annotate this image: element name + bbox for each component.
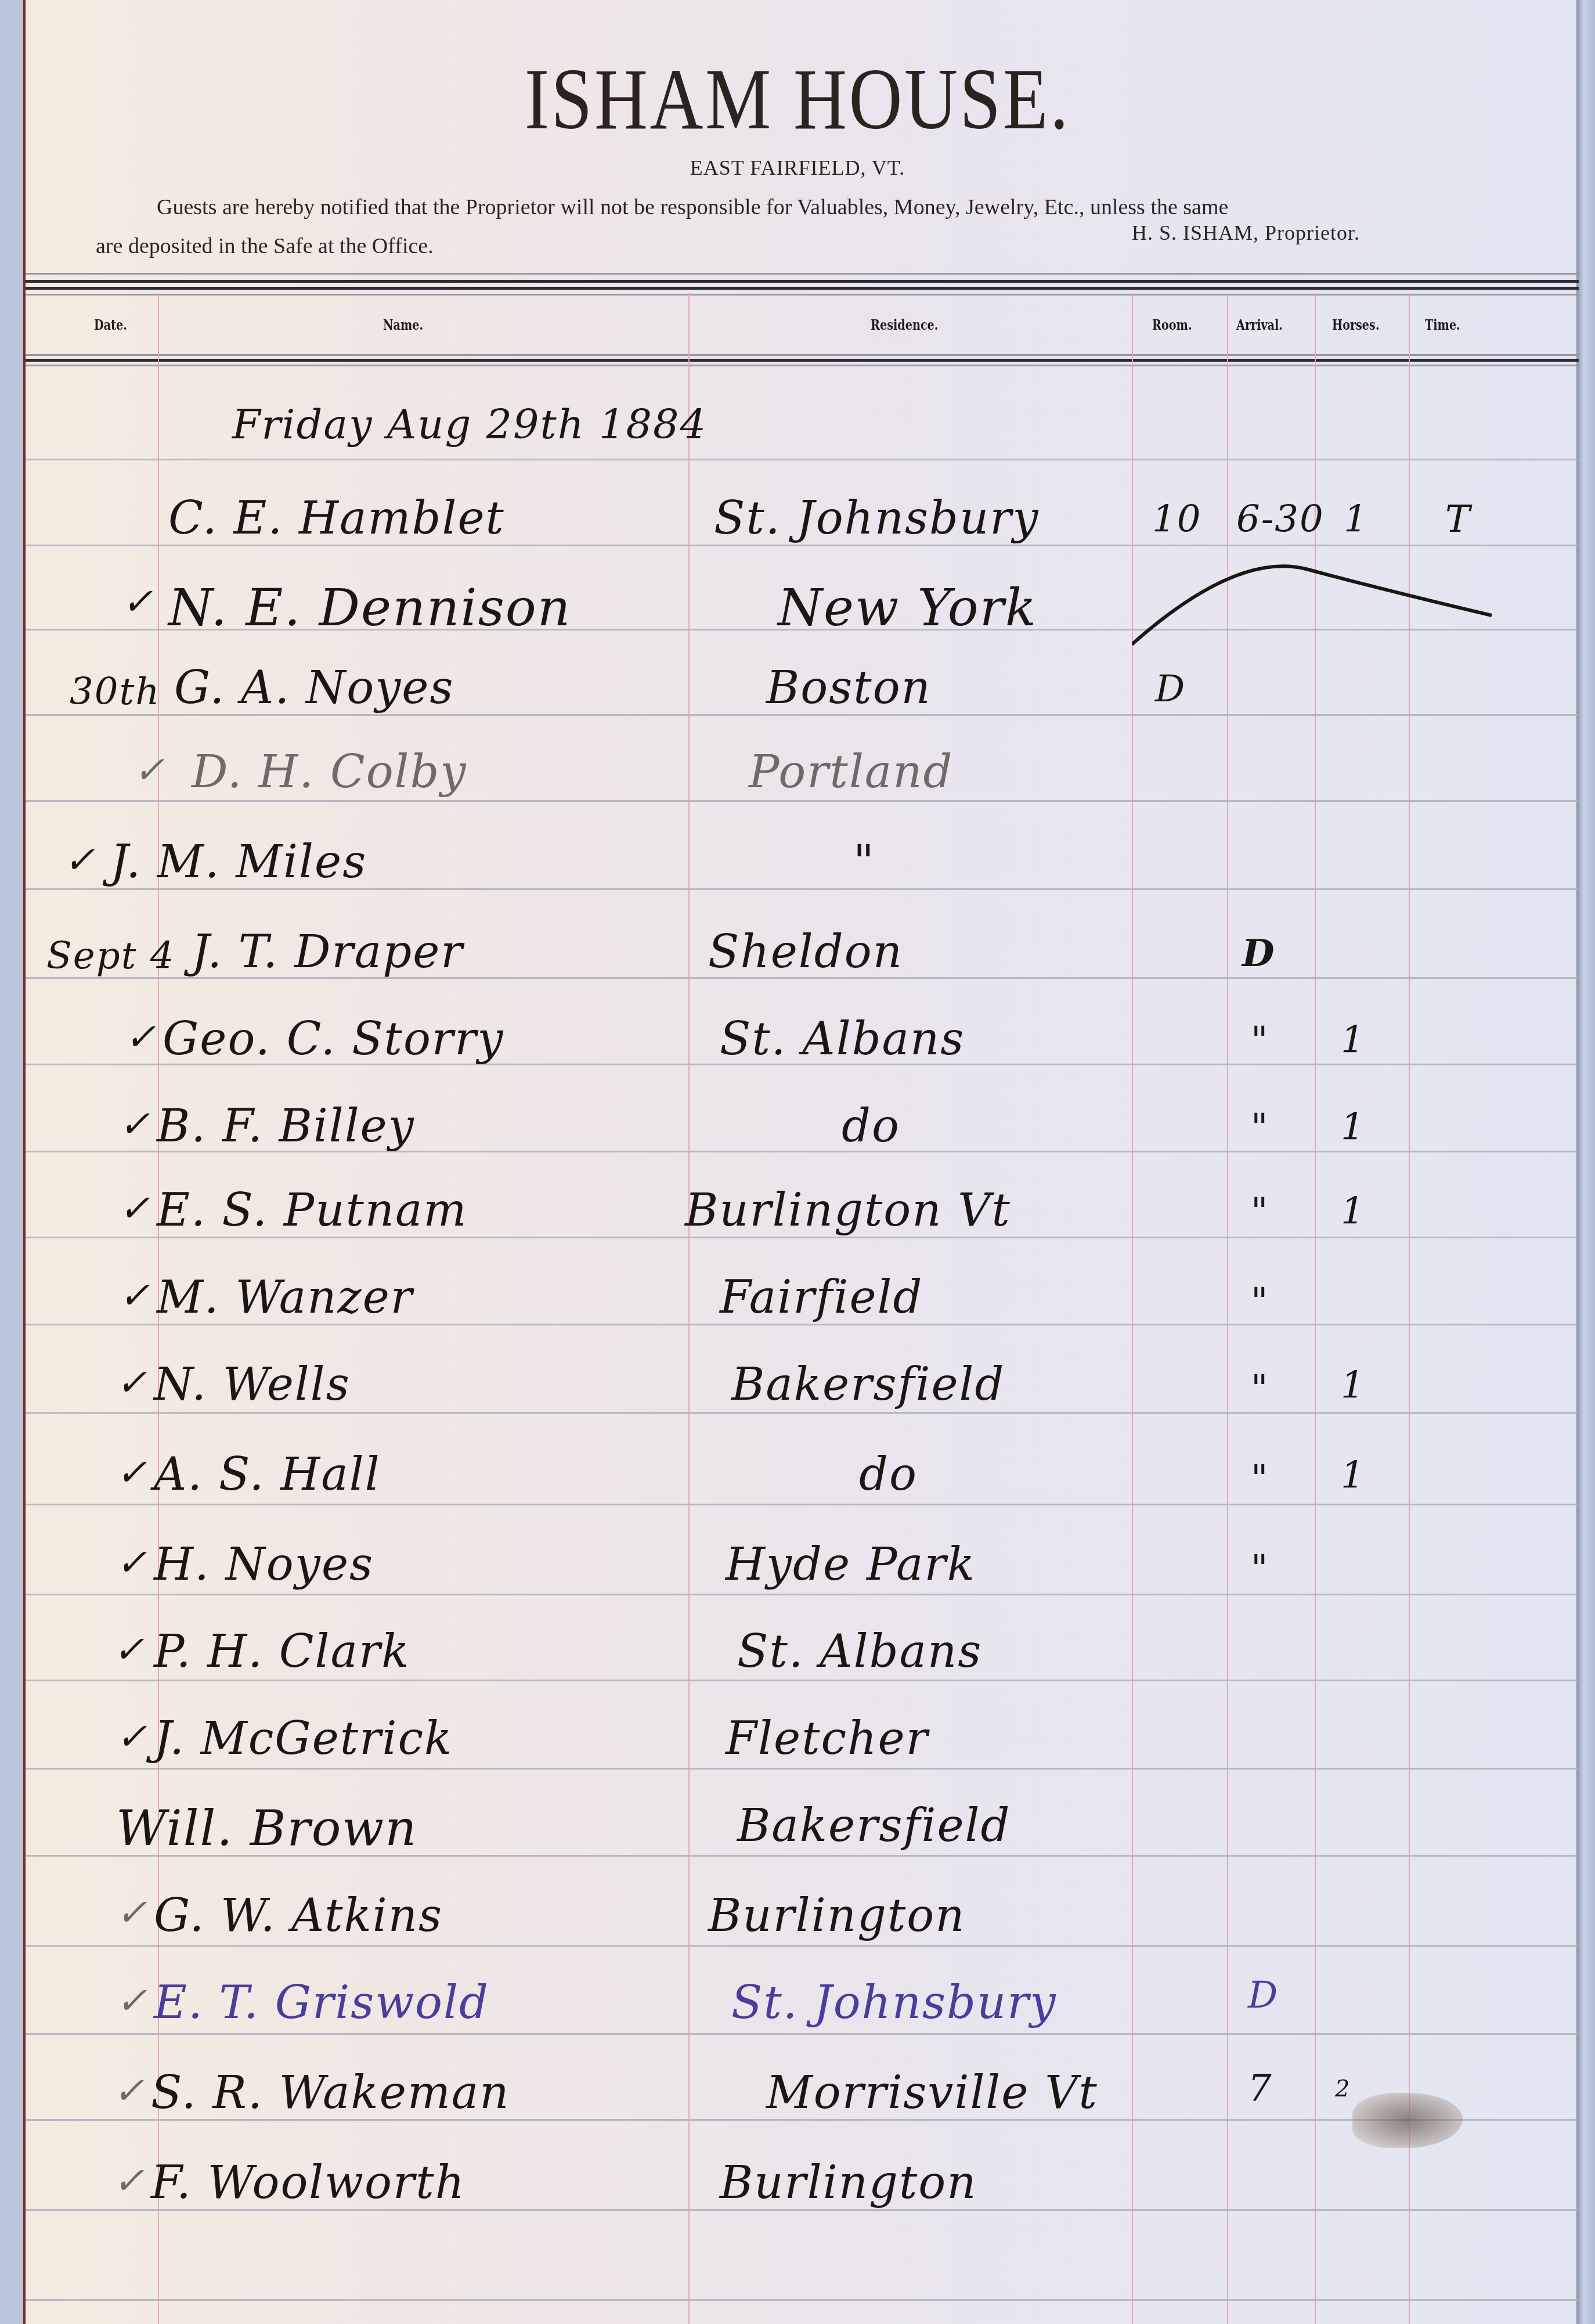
- check-mark: ✓: [64, 839, 96, 882]
- entry-residence: St. Albans: [737, 1626, 982, 1678]
- check-mark: ✓: [116, 1451, 149, 1494]
- entry-name: N. E. Dennison: [168, 578, 571, 637]
- check-mark: ✓: [116, 1541, 149, 1584]
- entry-arrival: 7: [1248, 2067, 1273, 2110]
- entry-horses: 1: [1344, 498, 1369, 541]
- proprietor-signature: H. S. ISHAM, Proprietor.: [1132, 221, 1360, 245]
- column-header-rule: [26, 365, 1579, 366]
- entry-residence: Fletcher: [726, 1713, 929, 1765]
- column-header-room: Room.: [1152, 316, 1192, 333]
- entry-name: E. T. Griswold: [154, 1977, 489, 2029]
- ruled-line: [26, 1324, 1579, 1325]
- check-mark: ✓: [113, 2070, 146, 2113]
- column-header-date: Date.: [94, 316, 127, 333]
- entry-residence: Hyde Park: [726, 1538, 976, 1591]
- date-heading: Friday Aug 29th 1884: [232, 401, 707, 448]
- register-page: [23, 0, 1579, 2324]
- entry-date: Sept 4: [46, 935, 175, 978]
- entry-residence: Burlington: [708, 1890, 965, 1942]
- entry-residence: do: [842, 1100, 900, 1152]
- entry-name: F. Woolworth: [151, 2157, 465, 2209]
- entry-horses: 1: [1341, 1106, 1366, 1149]
- header-rule: [26, 287, 1579, 290]
- column-header-horses: Horses.: [1332, 316, 1380, 333]
- entry-arrival: D: [1242, 932, 1276, 975]
- ruled-line: [26, 2209, 1579, 2211]
- entry-name: N. Wells: [154, 1359, 351, 1411]
- entry-residence: Portland: [749, 746, 954, 798]
- check-mark: ✓: [116, 1980, 149, 2023]
- entry-arrival: 6-30: [1236, 498, 1325, 541]
- column-header-arrival: Arrival.: [1236, 316, 1283, 333]
- check-mark: ✓: [119, 1274, 151, 1317]
- ruled-line: [26, 459, 1579, 460]
- ruled-line: [26, 800, 1579, 802]
- ruled-line: [26, 1680, 1579, 1681]
- header-rule: [26, 273, 1579, 275]
- column-header-rule: [26, 354, 1579, 356]
- entry-residence: St. Johnsbury: [714, 492, 1040, 545]
- notice-line-2: are deposited in the Safe at the Office.: [96, 233, 434, 259]
- page-binding-edge: [1576, 0, 1595, 2324]
- entry-name: M. Wanzer: [157, 1271, 413, 1324]
- hotel-title: ISHAM HOUSE.: [120, 49, 1475, 149]
- entry-room: 10: [1152, 498, 1201, 541]
- ruled-line: [26, 545, 1579, 546]
- entry-residence: St. Albans: [720, 1013, 965, 1065]
- ruled-line: [26, 2119, 1579, 2121]
- header-rule: [26, 294, 1579, 296]
- entry-residence: Bakersfield: [737, 1800, 1011, 1852]
- entry-name: Will. Brown: [116, 1800, 417, 1857]
- entry-horses: 2: [1335, 2076, 1351, 2102]
- check-mark: ✓: [116, 1361, 149, 1404]
- entry-residence: Fairfield: [720, 1271, 923, 1324]
- entry-time: T: [1445, 498, 1471, 541]
- flourish-stroke: [1132, 557, 1538, 650]
- entry-name: G. W. Atkins: [154, 1890, 443, 1942]
- entry-name: C. E. Hamblet: [168, 492, 505, 545]
- check-mark: ✓: [113, 1628, 146, 1671]
- check-mark: ✓: [122, 581, 154, 624]
- entry-horses: 1: [1341, 1364, 1366, 1407]
- entry-horses: 1: [1341, 1190, 1366, 1233]
- entry-arrival: ": [1251, 1457, 1269, 1500]
- check-mark: ✓: [133, 749, 166, 792]
- entry-name: A. S. Hall: [154, 1449, 381, 1501]
- entry-residence: do: [859, 1449, 918, 1501]
- entry-arrival: ": [1251, 1280, 1269, 1323]
- entry-name: H. Noyes: [154, 1538, 374, 1591]
- ruled-line: [26, 1945, 1579, 1947]
- entry-name: P. H. Clark: [154, 1626, 410, 1678]
- entry-residence: Burlington: [720, 2157, 977, 2209]
- entry-residence: New York: [778, 578, 1037, 637]
- entry-arrival: ": [1251, 1106, 1269, 1149]
- ruled-line: [26, 1237, 1579, 1238]
- entry-room: D: [1155, 668, 1186, 711]
- entry-horses: 1: [1341, 1454, 1366, 1497]
- entry-name: J. M. Miles: [110, 836, 367, 888]
- entry-horses: 1: [1341, 1019, 1366, 1062]
- ruled-line: [26, 1768, 1579, 1770]
- entry-arrival: ": [1251, 1190, 1269, 1233]
- entry-arrival: ": [1251, 1547, 1269, 1590]
- column-header-residence: Residence.: [871, 316, 938, 333]
- hotel-location: EAST FAIRFIELD, VT.: [0, 156, 1595, 180]
- entry-residence: ": [853, 836, 875, 888]
- entry-name: E. S. Putnam: [157, 1184, 468, 1237]
- check-mark: ✓: [119, 1103, 151, 1146]
- column-header-rule: [26, 359, 1579, 362]
- notice-line-1: Guests are hereby notified that the Prop…: [157, 194, 1228, 220]
- ruled-line: [26, 1412, 1579, 1414]
- check-mark: ✓: [113, 2160, 146, 2203]
- ruled-line: [26, 1504, 1579, 1505]
- entry-name: Geo. C. Storry: [163, 1013, 504, 1065]
- column-header-time: Time.: [1425, 316, 1460, 333]
- check-mark: ✓: [119, 1187, 151, 1230]
- entry-date: 30th: [70, 671, 160, 714]
- entry-name: D. H. Colby: [192, 746, 467, 798]
- entry-arrival: D: [1248, 1974, 1279, 2017]
- column-divider: [688, 293, 690, 2324]
- entry-arrival: ": [1251, 1019, 1269, 1062]
- ruled-line: [26, 888, 1579, 890]
- entry-name: J. T. Draper: [192, 926, 464, 978]
- header-rule: [26, 280, 1579, 283]
- entry-arrival: ": [1251, 1367, 1269, 1410]
- column-header-name: Name.: [383, 316, 423, 333]
- ruled-line: [26, 2033, 1579, 2035]
- ruled-line: [26, 1594, 1579, 1595]
- entry-residence: Burlington Vt: [685, 1184, 1011, 1237]
- entry-name: B. F. Billey: [157, 1100, 415, 1152]
- entry-name: S. R. Wakeman: [151, 2067, 510, 2119]
- entry-residence: Sheldon: [708, 926, 903, 978]
- entry-residence: Bakersfield: [731, 1359, 1005, 1411]
- entry-name: J. McGetrick: [154, 1713, 453, 1765]
- entry-name: G. A. Noyes: [174, 662, 454, 714]
- check-mark: ✓: [116, 1891, 149, 1934]
- ruled-line: [26, 2299, 1579, 2301]
- entry-residence: St. Johnsbury: [731, 1977, 1057, 2029]
- entry-residence: Morrisville Vt: [766, 2067, 1098, 2119]
- check-mark: ✓: [125, 1016, 157, 1059]
- ruled-line: [26, 714, 1579, 716]
- entry-residence: Boston: [766, 662, 932, 714]
- check-mark: ✓: [116, 1716, 149, 1759]
